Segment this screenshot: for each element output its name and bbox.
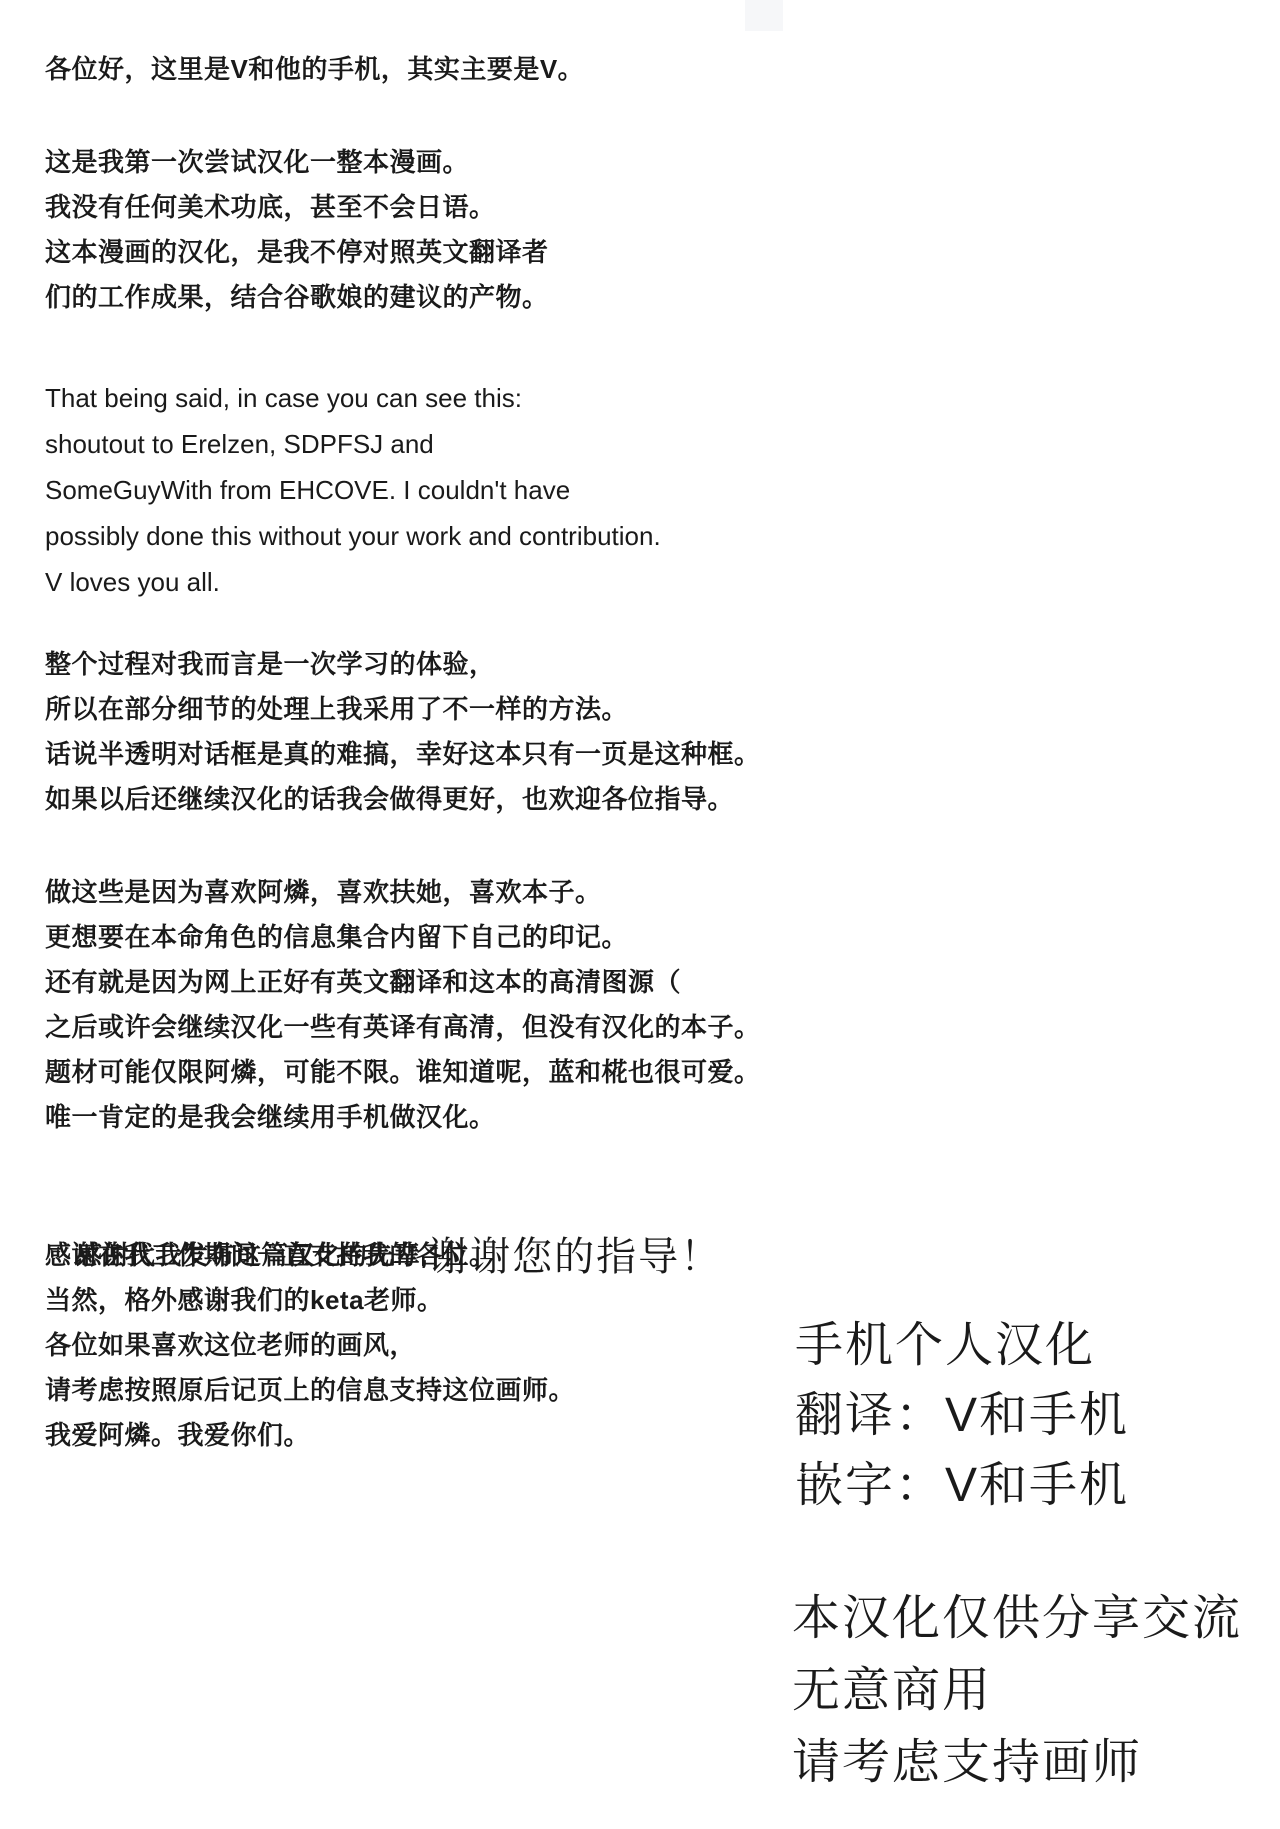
notice-block: 本汉化仅供分享交流无意商用请考虑支持画师: [792, 1583, 1242, 1799]
text-line: 无意商用: [792, 1655, 1242, 1727]
text-line: 各位如果喜欢这位老师的画风，: [45, 1323, 575, 1368]
text-line: 整个过程对我而言是一次学习的体验，: [45, 642, 761, 687]
english-shoutout-paragraph: That being said, in case you can see thi…: [45, 375, 661, 605]
text-line: 请考虑支持画师: [792, 1727, 1242, 1799]
intro-paragraph: 这是我第一次尝试汉化一整本漫画。我没有任何美术功底，甚至不会日语。这本漫画的汉化…: [45, 140, 549, 320]
text-line: 本汉化仅供分享交流: [792, 1583, 1242, 1655]
text-line: 还有就是因为网上正好有英文翻译和这本的高清图源（: [45, 960, 761, 1005]
text-line: SomeGuyWith from EHCOVE. I couldn't have: [45, 467, 661, 513]
text-line: 所以在部分细节的处理上我采用了不一样的方法。: [45, 687, 761, 732]
text-line: 如果以后还继续汉化的话我会做得更好，也欢迎各位指导。: [45, 777, 761, 822]
afterword-page: 各位好，这里是V和他的手机，其实主要是V。 这是我第一次尝试汉化一整本漫画。我没…: [0, 0, 1280, 1829]
text-line: 更想要在本命角色的信息集合内留下自己的印记。: [45, 915, 761, 960]
text-line: 翻译：V和手机: [795, 1381, 1129, 1451]
text-line: 嵌字：V和手机: [795, 1451, 1129, 1521]
text-line: 请考虑按照原后记页上的信息支持这位画师。: [45, 1368, 575, 1413]
credits-block: 手机个人汉化翻译：V和手机嵌字：V和手机: [795, 1311, 1129, 1521]
process-paragraph: 整个过程对我而言是一次学习的体验，所以在部分细节的处理上我采用了不一样的方法。话…: [45, 642, 761, 822]
text-line: V loves you all.: [45, 559, 661, 605]
text-line: 话说半透明对话框是真的难搞，幸好这本只有一页是这种框。: [45, 732, 761, 777]
greeting-paragraph: 各位好，这里是V和他的手机，其实主要是V。: [45, 47, 584, 92]
text-line: That being said, in case you can see thi…: [45, 375, 661, 421]
text-line: 这是我第一次尝试汉化一整本漫画。: [45, 140, 549, 185]
text-line: 手机个人汉化: [795, 1311, 1129, 1381]
text-line: 我爱阿燐。我爱你们。: [45, 1413, 575, 1458]
text-line: 唯一肯定的是我会继续用手机做汉化。: [45, 1095, 761, 1140]
text-line: 我没有任何美术功底，甚至不会日语。: [45, 185, 549, 230]
scan-artifact-mark: [745, 0, 783, 31]
text-line: 各位好，这里是V和他的手机，其实主要是V。: [45, 47, 584, 92]
text-line: 们的工作成果，结合谷歌娘的建议的产物。: [45, 275, 549, 320]
text-line: 做这些是因为喜欢阿燐，喜欢扶她，喜欢本子。: [45, 870, 761, 915]
text-line: 这本漫画的汉化，是我不停对照英文翻译者: [45, 230, 549, 275]
text-line: 感谢在我工作期间一直支持我的各位。: [45, 1233, 575, 1278]
text-line: 之后或许会继续汉化一些有英译有高清，但没有汉化的本子。: [45, 1005, 761, 1050]
motivation-paragraph: 做这些是因为喜欢阿燐，喜欢扶她，喜欢本子。更想要在本命角色的信息集合内留下自己的…: [45, 870, 761, 1140]
text-line: 当然，格外感谢我们的keta老师。: [45, 1278, 575, 1323]
text-line: possibly done this without your work and…: [45, 513, 661, 559]
thanks-paragraph: 感谢在我工作期间一直支持我的各位。当然，格外感谢我们的keta老师。各位如果喜欢…: [45, 1233, 575, 1458]
text-line: shoutout to Erelzen, SDPFSJ and: [45, 421, 661, 467]
text-line: 题材可能仅限阿燐，可能不限。谁知道呢，蓝和椛也很可爱。: [45, 1050, 761, 1095]
